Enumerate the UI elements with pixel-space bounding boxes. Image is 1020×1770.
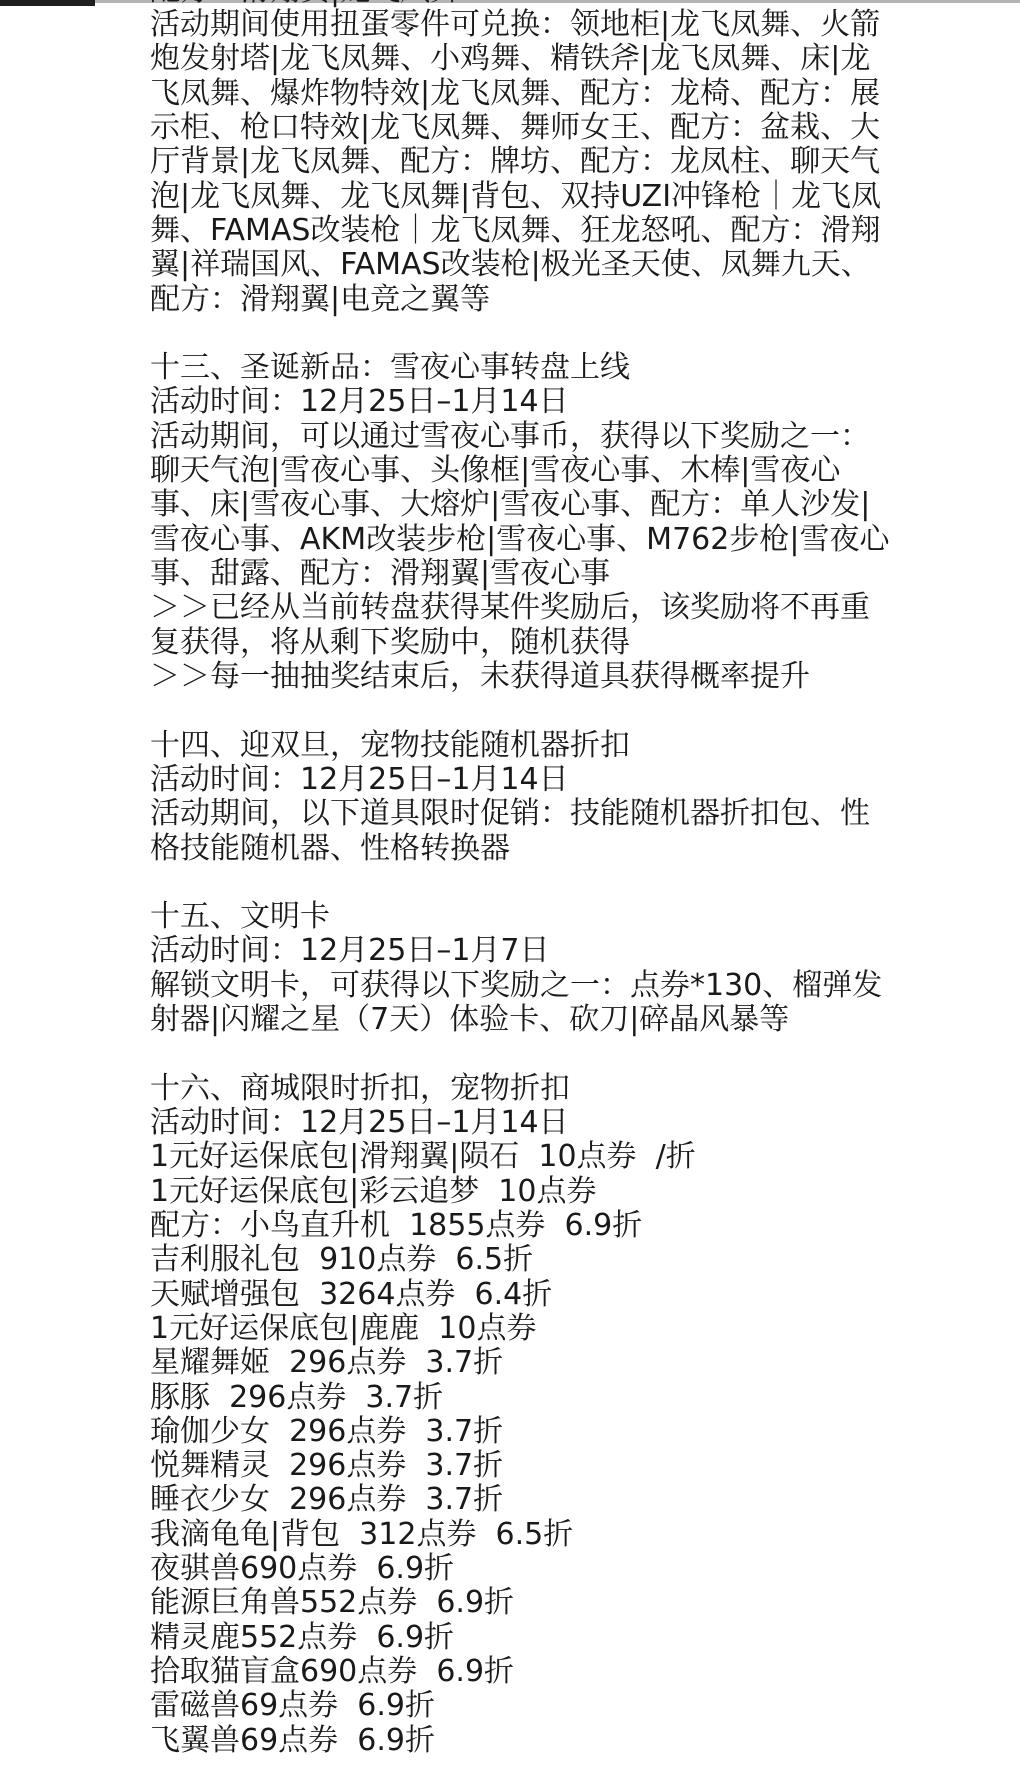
text-line: 示柜、枪口特效|龙飞凤舞、舞师女王、配方：盆栽、大	[0, 111, 1020, 145]
text-line: 雪夜心事、AKM改装步枪|雪夜心事、M762步枪|雪夜心	[0, 523, 1020, 557]
text-line: 星耀舞姬 296点券 3.7折	[0, 1346, 1020, 1380]
text-line: 拾取猫盲盒690点券 6.9折	[0, 1655, 1020, 1689]
blank-line	[0, 694, 1020, 728]
text-line: 雷磁兽69点券 6.9折	[0, 1689, 1020, 1723]
text-line: ＞＞每一抽抽奖结束后，未获得道具获得概率提升	[0, 660, 1020, 694]
text-line: 吉利服礼包 910点券 6.5折	[0, 1243, 1020, 1277]
text-line: 复获得，将从剩下奖励中，随机获得	[0, 626, 1020, 660]
text-line: 活动时间：12月25日–1月14日	[0, 385, 1020, 419]
blank-line	[0, 1037, 1020, 1071]
text-line: 活动时间：12月25日–1月14日	[0, 763, 1020, 797]
text-line: 翼|祥瑞国风、FAMAS改装枪|极光圣天使、凤舞九天、	[0, 248, 1020, 282]
text-line: 泡|龙飞凤舞、龙飞凤舞|背包、双持UZI冲锋枪｜龙飞凤	[0, 180, 1020, 214]
text-line: 飞翼兽69点券 6.9折	[0, 1724, 1020, 1758]
text-line: 配方：滑翔翼|电竞之翼等	[0, 283, 1020, 317]
section-heading: 十三、圣诞新品：雪夜心事转盘上线	[0, 351, 1020, 385]
text-line: 炮发射塔|龙飞凤舞、小鸡舞、精铁斧|龙飞凤舞、床|龙	[0, 42, 1020, 76]
text-line: 我滴龟龟|背包 312点券 6.5折	[0, 1518, 1020, 1552]
blank-line	[0, 866, 1020, 900]
text-line: 夜骐兽690点券 6.9折	[0, 1552, 1020, 1586]
section-heading: 十四、迎双旦，宠物技能随机器折扣	[0, 729, 1020, 763]
text-line: 活动时间：12月25日–1月14日	[0, 1106, 1020, 1140]
text-line: ＞＞已经从当前转盘获得某件奖励后，该奖励将不再重	[0, 591, 1020, 625]
text-line: 1元好运保底包|彩云追梦 10点券	[0, 1175, 1020, 1209]
text-line: 厅背景|龙飞凤舞、配方：牌坊、配方：龙凤柱、聊天气	[0, 145, 1020, 179]
announcement-text-block: 活动期间使用扭蛋零件可兑换：领地柜|龙飞凤舞、火箭炮发射塔|龙飞凤舞、小鸡舞、精…	[0, 8, 1020, 1758]
section-heading: 十六、商城限时折扣，宠物折扣	[0, 1072, 1020, 1106]
text-line: 舞、FAMAS改装枪｜龙飞凤舞、狂龙怒吼、配方：滑翔	[0, 214, 1020, 248]
text-line: 格技能随机器、性格转换器	[0, 832, 1020, 866]
section-heading: 十五、文明卡	[0, 900, 1020, 934]
text-line: 活动时间：12月25日–1月7日	[0, 934, 1020, 968]
text-line: 解锁文明卡，可获得以下奖励之一：点券*130、榴弹发	[0, 969, 1020, 1003]
text-line: 聊天气泡|雪夜心事、头像框|雪夜心事、木棒|雪夜心	[0, 454, 1020, 488]
text-line: 事、甜露、配方：滑翔翼|雪夜心事	[0, 557, 1020, 591]
blank-line	[0, 317, 1020, 351]
text-line: 瑜伽少女 296点券 3.7折	[0, 1415, 1020, 1449]
text-line: 睡衣少女 296点券 3.7折	[0, 1483, 1020, 1517]
text-line: 活动期间，可以通过雪夜心事币，获得以下奖励之一：	[0, 420, 1020, 454]
text-line: 豚豚 296点券 3.7折	[0, 1381, 1020, 1415]
text-line: 精灵鹿552点券 6.9折	[0, 1621, 1020, 1655]
text-line: 活动期间使用扭蛋零件可兑换：领地柜|龙飞凤舞、火箭	[0, 8, 1020, 42]
text-line: 悦舞精灵 296点券 3.7折	[0, 1449, 1020, 1483]
text-line: 事、床|雪夜心事、大熔炉|雪夜心事、配方：单人沙发|	[0, 488, 1020, 522]
text-line: 配方：小鸟直升机 1855点券 6.9折	[0, 1209, 1020, 1243]
text-line: 活动期间，以下道具限时促销：技能随机器折扣包、性	[0, 797, 1020, 831]
text-line: 1元好运保底包|滑翔翼|陨石 10点券 /折	[0, 1140, 1020, 1174]
text-line: 飞凤舞、爆炸物特效|龙飞凤舞、配方：龙椅、配方：展	[0, 77, 1020, 111]
text-line: 射器|闪耀之星（7天）体验卡、砍刀|碎晶风暴等	[0, 1003, 1020, 1037]
text-line: 天赋增强包 3264点券 6.4折	[0, 1278, 1020, 1312]
text-line: 能源巨角兽552点券 6.9折	[0, 1586, 1020, 1620]
text-line: 1元好运保底包|鹿鹿 10点券	[0, 1312, 1020, 1346]
